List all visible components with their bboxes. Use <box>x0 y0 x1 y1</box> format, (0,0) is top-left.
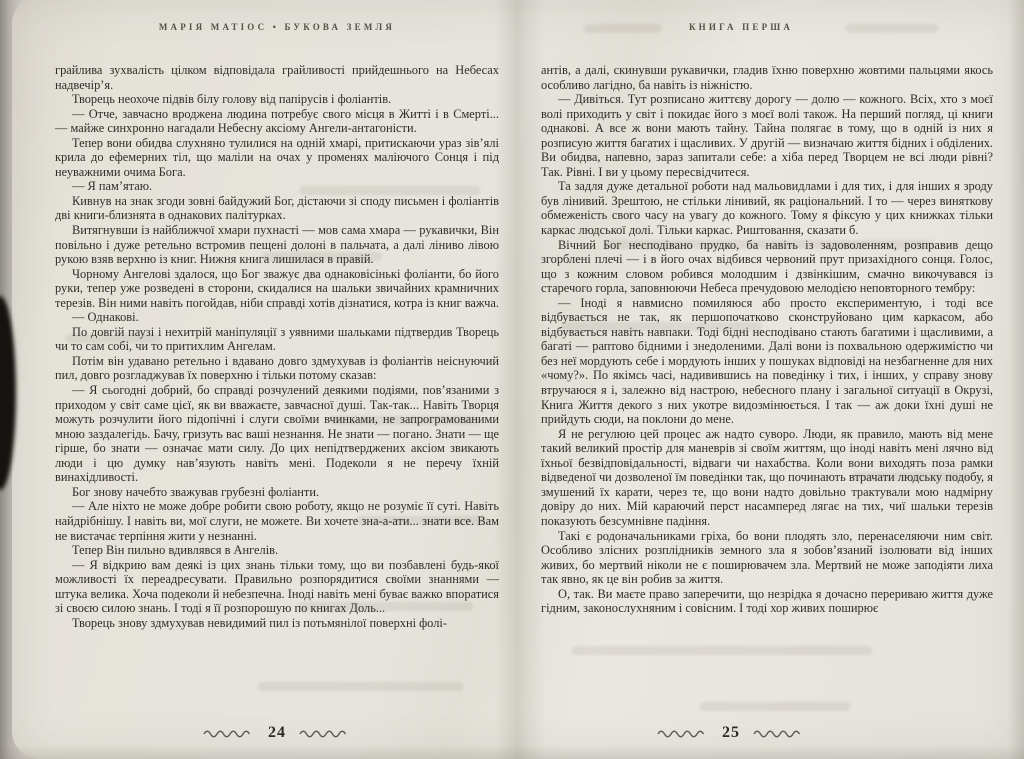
right-edge-shade <box>1008 0 1024 759</box>
paragraph: — Я пам’ятаю. <box>55 179 499 194</box>
paragraph: Потім він удавано ретельно і вдавано дов… <box>55 354 499 383</box>
paragraph: Творець знову здмухував невидимий пил із… <box>55 616 499 631</box>
wave-ornament-icon <box>203 729 255 738</box>
wave-ornament-icon <box>753 729 805 738</box>
left-page-text: грайлива зухвалість цілком відповідала г… <box>55 63 499 630</box>
paragraph: Творець неохоче підвів білу голову від п… <box>55 92 499 107</box>
paragraph: — Отче, завчасно вроджена людина потребу… <box>55 107 499 136</box>
wave-ornament-icon <box>299 729 351 738</box>
book-photo: МАРІЯ МАТІОС • БУКОВА ЗЕМЛЯ КНИГА ПЕРША … <box>0 0 1024 759</box>
bottom-edge-shade <box>0 745 1024 759</box>
paragraph: — Але ніхто не може добре робити свою ро… <box>55 499 499 543</box>
paragraph: Витягнувши із найближчої хмари пухнасті … <box>55 223 499 267</box>
page-number-right: 25 <box>722 724 740 742</box>
paragraph: Кивнув на знак згоди зовні байдужий Бог,… <box>55 194 499 223</box>
paragraph: антів, а далі, скинувши рукавички, глади… <box>541 63 993 92</box>
paragraph: — Однакові. <box>55 310 499 325</box>
paragraph: Такі є родоначальниками гріха, бо вони п… <box>541 529 993 587</box>
paragraph: По довгій паузі і нехитрій маніпуляції з… <box>55 325 499 354</box>
paragraph: Вічний Бог несподівано прудко, ба навіть… <box>541 238 993 296</box>
paragraph: Я не регулюю цей процес аж надто суворо.… <box>541 427 993 529</box>
wave-ornament-icon <box>657 729 709 738</box>
paragraph: Чорному Ангелові здалося, що Бог зважує … <box>55 267 499 311</box>
page-footer-right: 25 <box>531 724 931 742</box>
bleedthrough-smudge <box>700 702 850 711</box>
bleedthrough-smudge <box>258 682 463 691</box>
paragraph: О, так. Ви маєте право заперечити, що не… <box>541 587 993 616</box>
paragraph: Тепер Він пильно вдивлявся в Ангелів. <box>55 543 499 558</box>
paragraph: — Іноді я навмисно помиляюся або просто … <box>541 296 993 427</box>
paragraph: Тепер вони обидва слухняно тулилися на о… <box>55 136 499 180</box>
paragraph: Бог знову начебто зважував грубезні фолі… <box>55 485 499 500</box>
paragraph: — Я сьогодні добрий, бо справді розчулен… <box>55 383 499 485</box>
right-page-text: антів, а далі, скинувши рукавички, глади… <box>541 63 993 616</box>
page-footer-left: 24 <box>55 724 499 742</box>
page-gutter <box>494 0 546 759</box>
running-header-right: КНИГА ПЕРША <box>531 22 951 32</box>
paragraph: Та задля дуже детальної роботи над мальо… <box>541 179 993 237</box>
bleedthrough-smudge <box>572 646 872 655</box>
running-header-left: МАРІЯ МАТІОС • БУКОВА ЗЕМЛЯ <box>55 22 499 32</box>
page-number-left: 24 <box>268 724 286 742</box>
paragraph: грайлива зухвалість цілком відповідала г… <box>55 63 499 92</box>
paragraph: — Дивіться. Тут розписано життєву дорогу… <box>541 92 993 179</box>
paragraph: — Я відкрию вам деякі із цих знань тільк… <box>55 558 499 616</box>
